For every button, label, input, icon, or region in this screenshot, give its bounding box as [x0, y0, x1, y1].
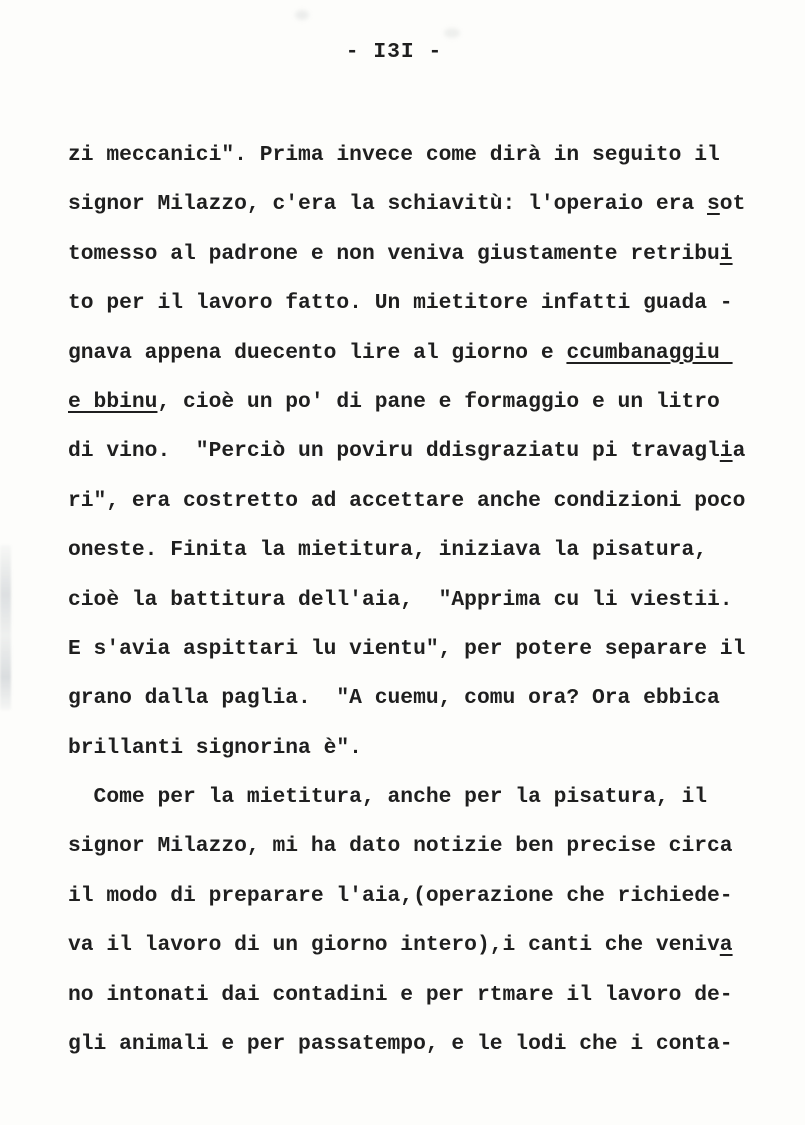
- text-segment: ri", era costretto ad accettare anche co…: [68, 489, 745, 513]
- underlined-text: i: [720, 242, 733, 266]
- text-line: il modo di preparare l'aia,(operazione c…: [68, 872, 768, 921]
- document-page: - I3I - zi meccanici". Prima invece come…: [0, 0, 805, 1125]
- text-line: E s'avia aspittari lu vientu", per poter…: [68, 625, 768, 674]
- text-segment: di vino. "Perciò un poviru ddisgraziatu …: [68, 439, 720, 463]
- text-line: ri", era costretto ad accettare anche co…: [68, 477, 768, 526]
- text-line: cioè la battitura dell'aia, "Apprima cu …: [68, 576, 768, 625]
- text-segment: brillanti signorina è".: [68, 736, 362, 760]
- text-segment: gli animali e per passatempo, e le lodi …: [68, 1032, 733, 1056]
- typewritten-text-block: zi meccanici". Prima invece come dirà in…: [68, 131, 768, 1069]
- text-segment: signor Milazzo, mi ha dato notizie ben p…: [68, 834, 733, 858]
- scan-artifact-left-edge: [0, 545, 11, 710]
- page-number: - I3I -: [68, 40, 720, 64]
- text-segment: E s'avia aspittari lu vientu", per poter…: [68, 637, 745, 661]
- text-segment: oneste. Finita la mietitura, iniziava la…: [68, 538, 707, 562]
- text-segment: tomesso al padrone e non veniva giustame…: [68, 242, 720, 266]
- text-line: va il lavoro di un giorno intero),i cant…: [68, 921, 768, 970]
- underlined-text: ccumbanaggiu: [566, 341, 732, 365]
- text-segment: no intonati dai contadini e per rtmare i…: [68, 983, 733, 1007]
- text-line: grano dalla paglia. "A cuemu, comu ora? …: [68, 674, 768, 723]
- text-segment: gnava appena duecento lire al giorno e: [68, 341, 566, 365]
- text-line: gnava appena duecento lire al giorno e c…: [68, 329, 768, 378]
- text-segment: il modo di preparare l'aia,(operazione c…: [68, 884, 733, 908]
- underlined-text: i: [720, 439, 733, 463]
- text-segment: cioè la battitura dell'aia, "Apprima cu …: [68, 588, 733, 612]
- text-line: signor Milazzo, c'era la schiavitù: l'op…: [68, 180, 768, 229]
- scan-artifact-top-a: [295, 10, 309, 20]
- text-line: no intonati dai contadini e per rtmare i…: [68, 971, 768, 1020]
- scan-artifact-top-b: [444, 28, 460, 38]
- text-line: oneste. Finita la mietitura, iniziava la…: [68, 526, 768, 575]
- text-segment: signor Milazzo, c'era la schiavitù: l'op…: [68, 192, 707, 216]
- text-line: zi meccanici". Prima invece come dirà in…: [68, 131, 768, 180]
- text-line: Come per la mietitura, anche per la pisa…: [68, 773, 768, 822]
- text-segment: a: [733, 439, 746, 463]
- text-line: to per il lavoro fatto. Un mietitore inf…: [68, 279, 768, 328]
- text-segment: , cioè un po' di pane e formaggio e un l…: [157, 390, 719, 414]
- underlined-text: a: [720, 933, 733, 957]
- text-line: tomesso al padrone e non veniva giustame…: [68, 230, 768, 279]
- underlined-text: e bbinu: [68, 390, 157, 414]
- text-line: signor Milazzo, mi ha dato notizie ben p…: [68, 822, 768, 871]
- text-segment: to per il lavoro fatto. Un mietitore inf…: [68, 291, 733, 315]
- text-segment: va il lavoro di un giorno intero),i cant…: [68, 933, 720, 957]
- text-segment: ot: [720, 192, 746, 216]
- text-segment: grano dalla paglia. "A cuemu, comu ora? …: [68, 686, 720, 710]
- text-segment: zi meccanici". Prima invece come dirà in…: [68, 143, 720, 167]
- underlined-text: s: [707, 192, 720, 216]
- text-line: e bbinu, cioè un po' di pane e formaggio…: [68, 378, 768, 427]
- text-line: di vino. "Perciò un poviru ddisgraziatu …: [68, 427, 768, 476]
- text-segment: Come per la mietitura, anche per la pisa…: [68, 785, 707, 809]
- text-line: gli animali e per passatempo, e le lodi …: [68, 1020, 768, 1069]
- text-line: brillanti signorina è".: [68, 724, 768, 773]
